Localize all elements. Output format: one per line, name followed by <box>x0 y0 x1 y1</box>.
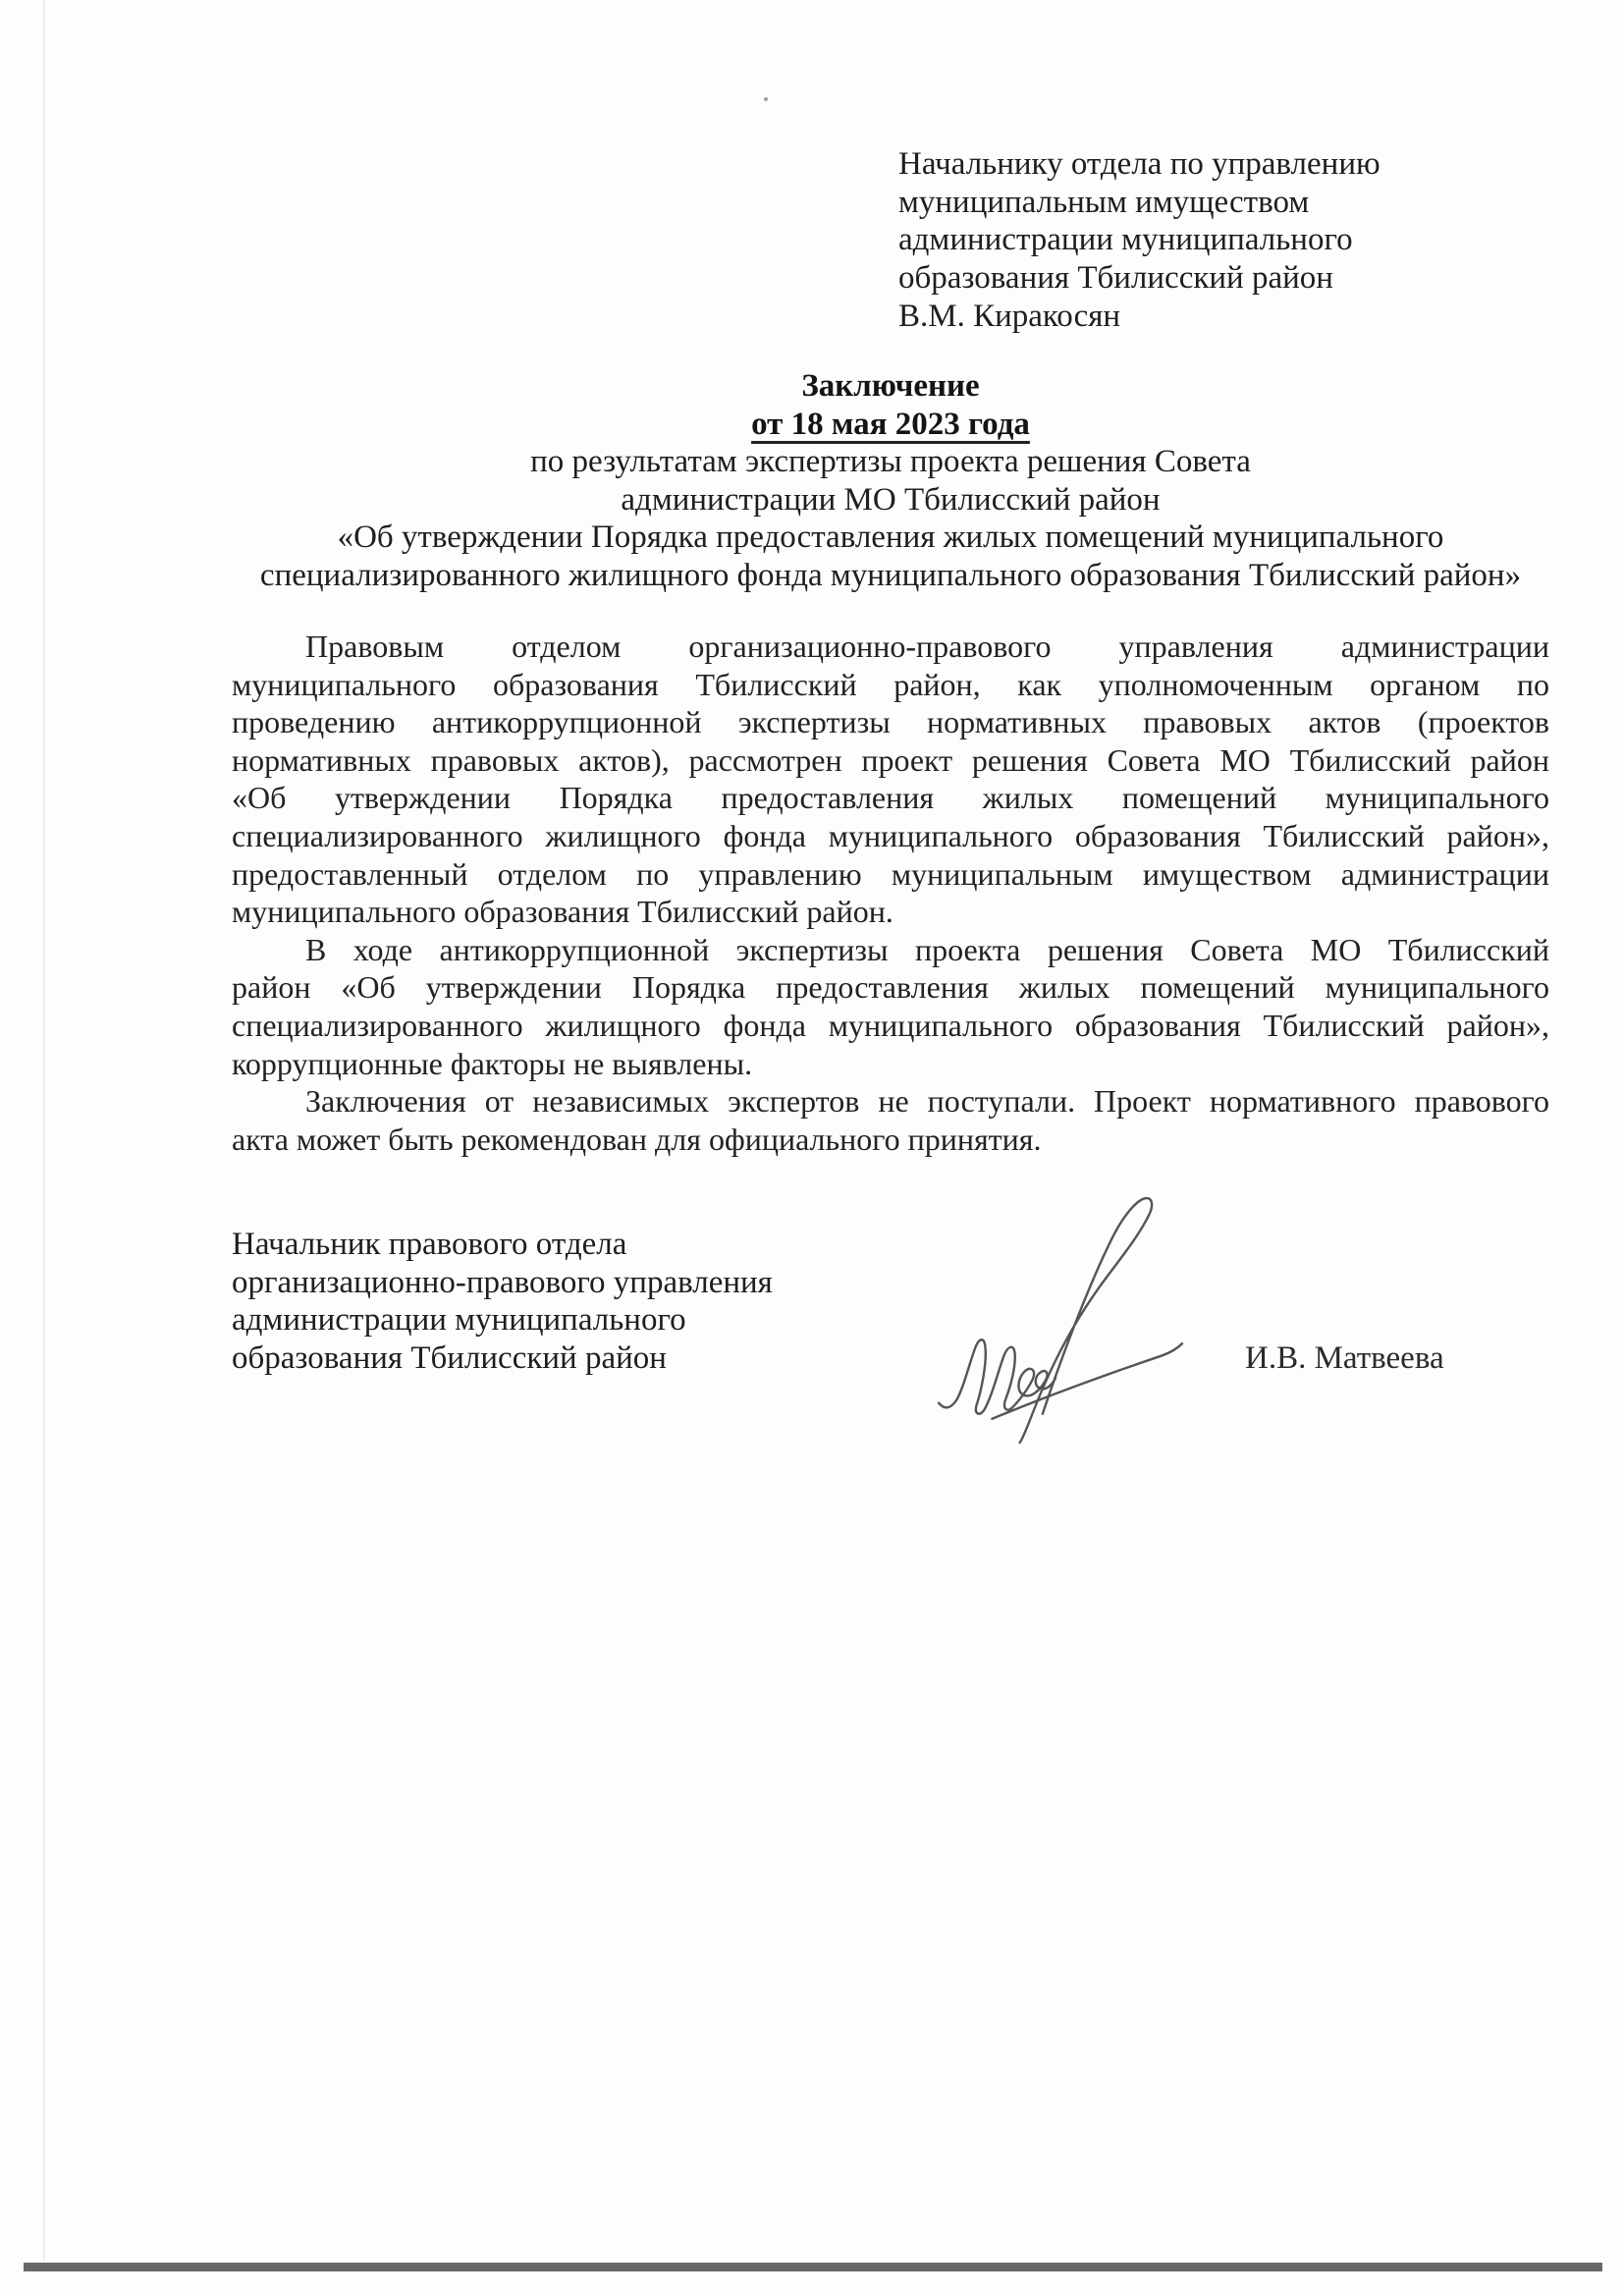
body-text-line: проведению антикоррупционной экспертизы … <box>232 703 1549 741</box>
body-text-line: коррупционные факторы не выявлены. <box>232 1045 1549 1083</box>
signer-name: И.В. Матвеева <box>1245 1339 1444 1377</box>
body-text-line: акта может быть рекомендован для официал… <box>232 1121 1549 1159</box>
addressee-name: В.М. Киракосян <box>898 298 1448 336</box>
scan-bottom-bar <box>24 2263 1602 2271</box>
body-text-line: нормативных правовых актов), рассмотрен … <box>232 741 1549 780</box>
body-text-line: муниципального образования Тбилисский ра… <box>232 666 1549 704</box>
body-text-line: специализированного жилищного фонда муни… <box>232 1007 1549 1045</box>
signer-position-block: Начальник правового отдела организационн… <box>232 1226 919 1378</box>
body-text-line: муниципального образования Тбилисский ра… <box>232 893 1549 931</box>
document-date: от 18 мая 2023 года <box>232 406 1549 444</box>
document-heading: Заключение от 18 мая 2023 года по резуль… <box>232 367 1549 595</box>
signer-position-line: администрации муниципального <box>232 1301 919 1339</box>
addressee-line: администрации муниципального <box>898 221 1448 259</box>
addressee-line: Начальнику отдела по управлению <box>898 145 1448 184</box>
signer-position-line: образования Тбилисский район <box>232 1339 919 1378</box>
document-date-text: от 18 мая 2023 года <box>751 407 1030 442</box>
heading-subtitle-line: администрации МО Тбилисский район <box>232 481 1549 519</box>
body-text-line: специализированного жилищного фонда муни… <box>232 817 1549 855</box>
heading-subtitle-line: по результатам экспертизы проекта решени… <box>232 443 1549 481</box>
body-text-line: район «Об утверждении Порядка предоставл… <box>232 968 1549 1007</box>
body-text-line: Заключения от независимых экспертов не п… <box>232 1082 1549 1121</box>
body-text: Правовым отделом организационно-правовог… <box>232 628 1549 1158</box>
scan-edge-line <box>43 0 45 2261</box>
scanned-document-page: Начальнику отдела по управлению муниципа… <box>0 0 1624 2296</box>
body-text-line: предоставленный отделом по управлению му… <box>232 855 1549 894</box>
body-text-line: Правовым отделом организационно-правовог… <box>232 628 1549 666</box>
signer-position-line: организационно-правового управления <box>232 1264 919 1302</box>
handwritten-signature-icon <box>931 1181 1198 1449</box>
addressee-block: Начальнику отдела по управлению муниципа… <box>898 145 1448 336</box>
document-title: Заключение <box>232 367 1549 406</box>
body-text-line: «Об утверждении Порядка предоставления ж… <box>232 779 1549 817</box>
heading-subtitle-line: специализированного жилищного фонда муни… <box>232 557 1549 595</box>
heading-subtitle-line: «Об утверждении Порядка предоставления ж… <box>232 519 1549 557</box>
addressee-line: образования Тбилисский район <box>898 259 1448 298</box>
addressee-line: муниципальным имуществом <box>898 184 1448 222</box>
body-text-line: В ходе антикоррупционной экспертизы прое… <box>232 931 1549 969</box>
signer-position-line: Начальник правового отдела <box>232 1226 919 1264</box>
scan-speck <box>764 97 768 101</box>
